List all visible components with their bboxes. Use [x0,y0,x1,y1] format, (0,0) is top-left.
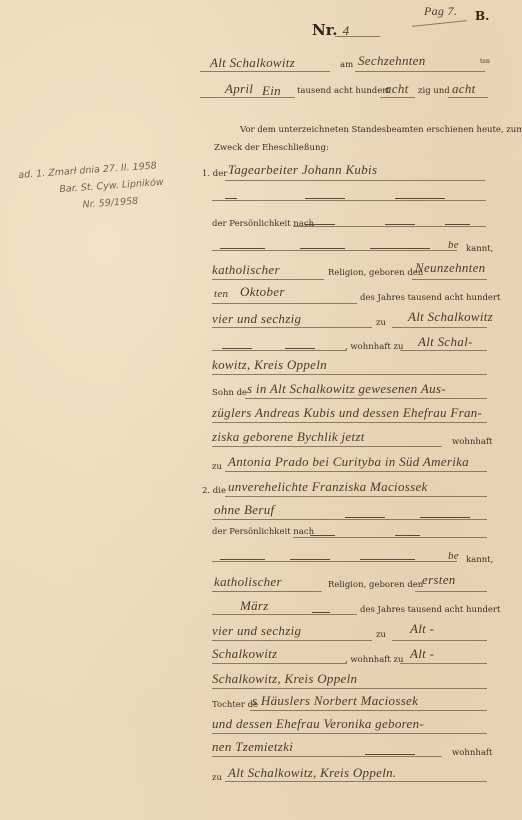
groom-parents-zu-label: zu [212,462,222,472]
groom-birth-month-prefix: ten [214,288,228,300]
bride-persoenlichkeit-label: der Persönlichkeit nach [212,527,314,537]
filler-dash [370,248,430,249]
unit-handwritten: acht [452,81,476,97]
groom-son-of-label: Sohn de [212,388,247,398]
groom-religion-label: Religion, geboren den [328,268,423,278]
filler-dash [365,754,415,755]
groom-birth-day: Neunzehnten [415,260,485,276]
bride-parents-2: und dessen Ehefrau Veronika geboren- [212,716,424,732]
bride-birth-place-2-line [212,663,347,664]
bride-birth-month-line [212,614,357,615]
bride-birth-month: März [240,598,269,614]
margin-annotation: ad. 1. Zmarł dnia 27. II. 1958 Bar. St. … [18,160,165,215]
series-letter: B. [475,9,489,23]
bride-status-line [212,519,487,520]
am-label: am [340,60,353,70]
marriage-record-page: Nr. 4 Pag 7. B. ad. 1. Zmarł dnia 27. II… [0,0,522,820]
bride-residence-2: Schalkowitz, Kreis Oppeln [212,671,357,687]
bride-zu-label: zu [376,630,386,640]
bride-residence-line-1 [400,663,487,664]
groom-parents-3: ziska geborene Bychlik jetzt [212,429,365,445]
filler-dash [220,248,265,249]
margin-line-2: Bar. St. Cyw. Lipników [59,177,164,195]
filler-dash [290,559,330,560]
record-number-underline [335,36,380,37]
bride-name-line [225,496,487,497]
filler-dash [222,348,252,349]
ten-suffix: ten [480,58,490,65]
filler-dash [220,559,265,560]
groom-persoenlichkeit-label: der Persönlichkeit nach [212,219,314,229]
page-reference-underline [412,20,467,27]
groom-birth-day-line [412,279,487,280]
bride-birth-place-2: Schalkowitz [212,646,277,662]
groom-birth-month-line [212,303,357,304]
bride-status-2: ohne Beruf [214,502,274,518]
groom-number: 1. der [202,169,227,179]
bride-parents-zu-label: zu [212,773,222,783]
groom-residence-line-1 [400,350,487,351]
groom-residence-2: kowitz, Kreis Oppeln [212,357,327,373]
groom-blank-line-1 [212,200,486,201]
bride-religion: katholischer [214,574,282,590]
groom-wohnhaft-zu-label: , wohnhaft zu [345,342,404,352]
bride-parents-line-3 [212,756,442,757]
bride-birth-place-1: Alt - [410,621,434,637]
groom-parents-2: züglers Andreas Kubis und dessen Ehefrau… [212,405,482,421]
groom-birth-place-line [392,327,487,328]
groom-birth-place: Alt Schalkowitz [408,309,493,325]
groom-occupation-name: Tagearbeiter Johann Kubis [228,162,377,178]
filler-dash [445,224,470,225]
groom-religion: katholischer [212,262,280,278]
decade-handwritten: acht [385,81,409,97]
filler-dash [312,612,330,613]
bride-known-line [212,561,457,562]
place-handwritten: Alt Schalkowitz [210,55,295,71]
filler-dash [385,224,415,225]
bride-birth-place-line [392,640,487,641]
bride-known-prefix: be [448,550,459,562]
filler-dash [300,248,345,249]
bride-wohnhaft-zu-label: , wohnhaft zu [345,655,404,665]
groom-parents-wohnhaft-label: wohnhaft [452,437,492,447]
groom-known-prefix: be [448,239,459,251]
bride-birth-year-line [212,640,372,641]
groom-residence-1: Alt Schal- [418,334,473,350]
filler-dash [305,198,345,199]
bride-parents-residence-line [225,781,487,782]
unit-underline [448,97,488,98]
preamble-line-2: Zweck der Eheschließung: [214,143,329,153]
filler-dash [305,224,335,225]
bride-religion-line [212,591,322,592]
groom-birth-year-line [212,327,372,328]
filler-dash [345,517,385,518]
groom-birth-year: vier und sechzig [212,311,301,327]
filler-dash [360,559,415,560]
margin-line-3: Nr. 59/1958 [82,194,165,211]
groom-known-suffix: kannt, [466,244,493,254]
bride-parents-residence: Alt Schalkowitz, Kreis Oppeln. [228,765,396,781]
bride-birth-year: vier und sechzig [212,623,301,639]
groom-parents-line-1 [245,398,487,399]
bride-parents-3: nen Tzemietzki [212,739,293,755]
filler-dash [310,535,335,536]
bride-birth-day: ersten [422,572,456,588]
month-underline [200,97,295,98]
printed-year-text: tausend acht hundert [297,86,390,96]
groom-year-text: des Jahres tausend acht hundert [360,293,500,303]
groom-name-underline [225,180,485,181]
groom-parents-line-2 [212,422,487,423]
groom-persoenlichkeit-line [293,226,486,227]
groom-parents-residence: Antonia Prado bei Curityba in Süd Amerik… [228,454,469,470]
filler-dash [395,198,445,199]
bride-year-text: des Jahres tausend acht hundert [360,605,500,615]
page-reference: Pag 7. [424,4,457,19]
bride-persoenlichkeit-line [293,537,487,538]
bride-number: 2. die [202,486,226,496]
groom-birth-month: Oktober [240,284,285,300]
bride-residence-1: Alt - [410,646,434,662]
bride-parents-wohnhaft-label: wohnhaft [452,748,492,758]
bride-known-suffix: kannt, [466,555,493,565]
month-handwritten: April [225,81,253,97]
groom-parents-line-3 [212,446,442,447]
filler-dash [225,198,237,199]
groom-parents-residence-line [225,471,487,472]
filler-dash [420,517,470,518]
bride-birth-day-line [415,591,487,592]
groom-parents-1: s in Alt Schalkowitz gewesenen Aus- [247,381,446,397]
filler-dash [285,348,315,349]
record-number-label: Nr. [312,21,337,39]
decade-underline [380,97,415,98]
groom-zu-label: zu [376,318,386,328]
zig-und-text: zig und [418,86,450,96]
bride-residence-line-2 [212,688,487,689]
filler-dash [395,535,420,536]
groom-religion-line [212,279,324,280]
preamble-line-1: Vor dem unterzeichneten Standesbeamten e… [240,125,522,135]
bride-parents-line-1 [250,710,487,711]
bride-parents-line-2 [212,733,487,734]
bride-religion-label: Religion, geboren den [328,580,423,590]
place-underline [200,71,330,72]
groom-residence-blank-line [212,350,347,351]
bride-status-name: unverehelichte Franziska Maciossek [228,479,428,495]
bride-parents-1: s Häuslers Norbert Maciossek [252,693,418,709]
groom-known-line [212,250,457,251]
day-handwritten: Sechzehnten [358,53,426,69]
day-underline [355,71,485,72]
groom-residence-line-2 [212,374,487,375]
